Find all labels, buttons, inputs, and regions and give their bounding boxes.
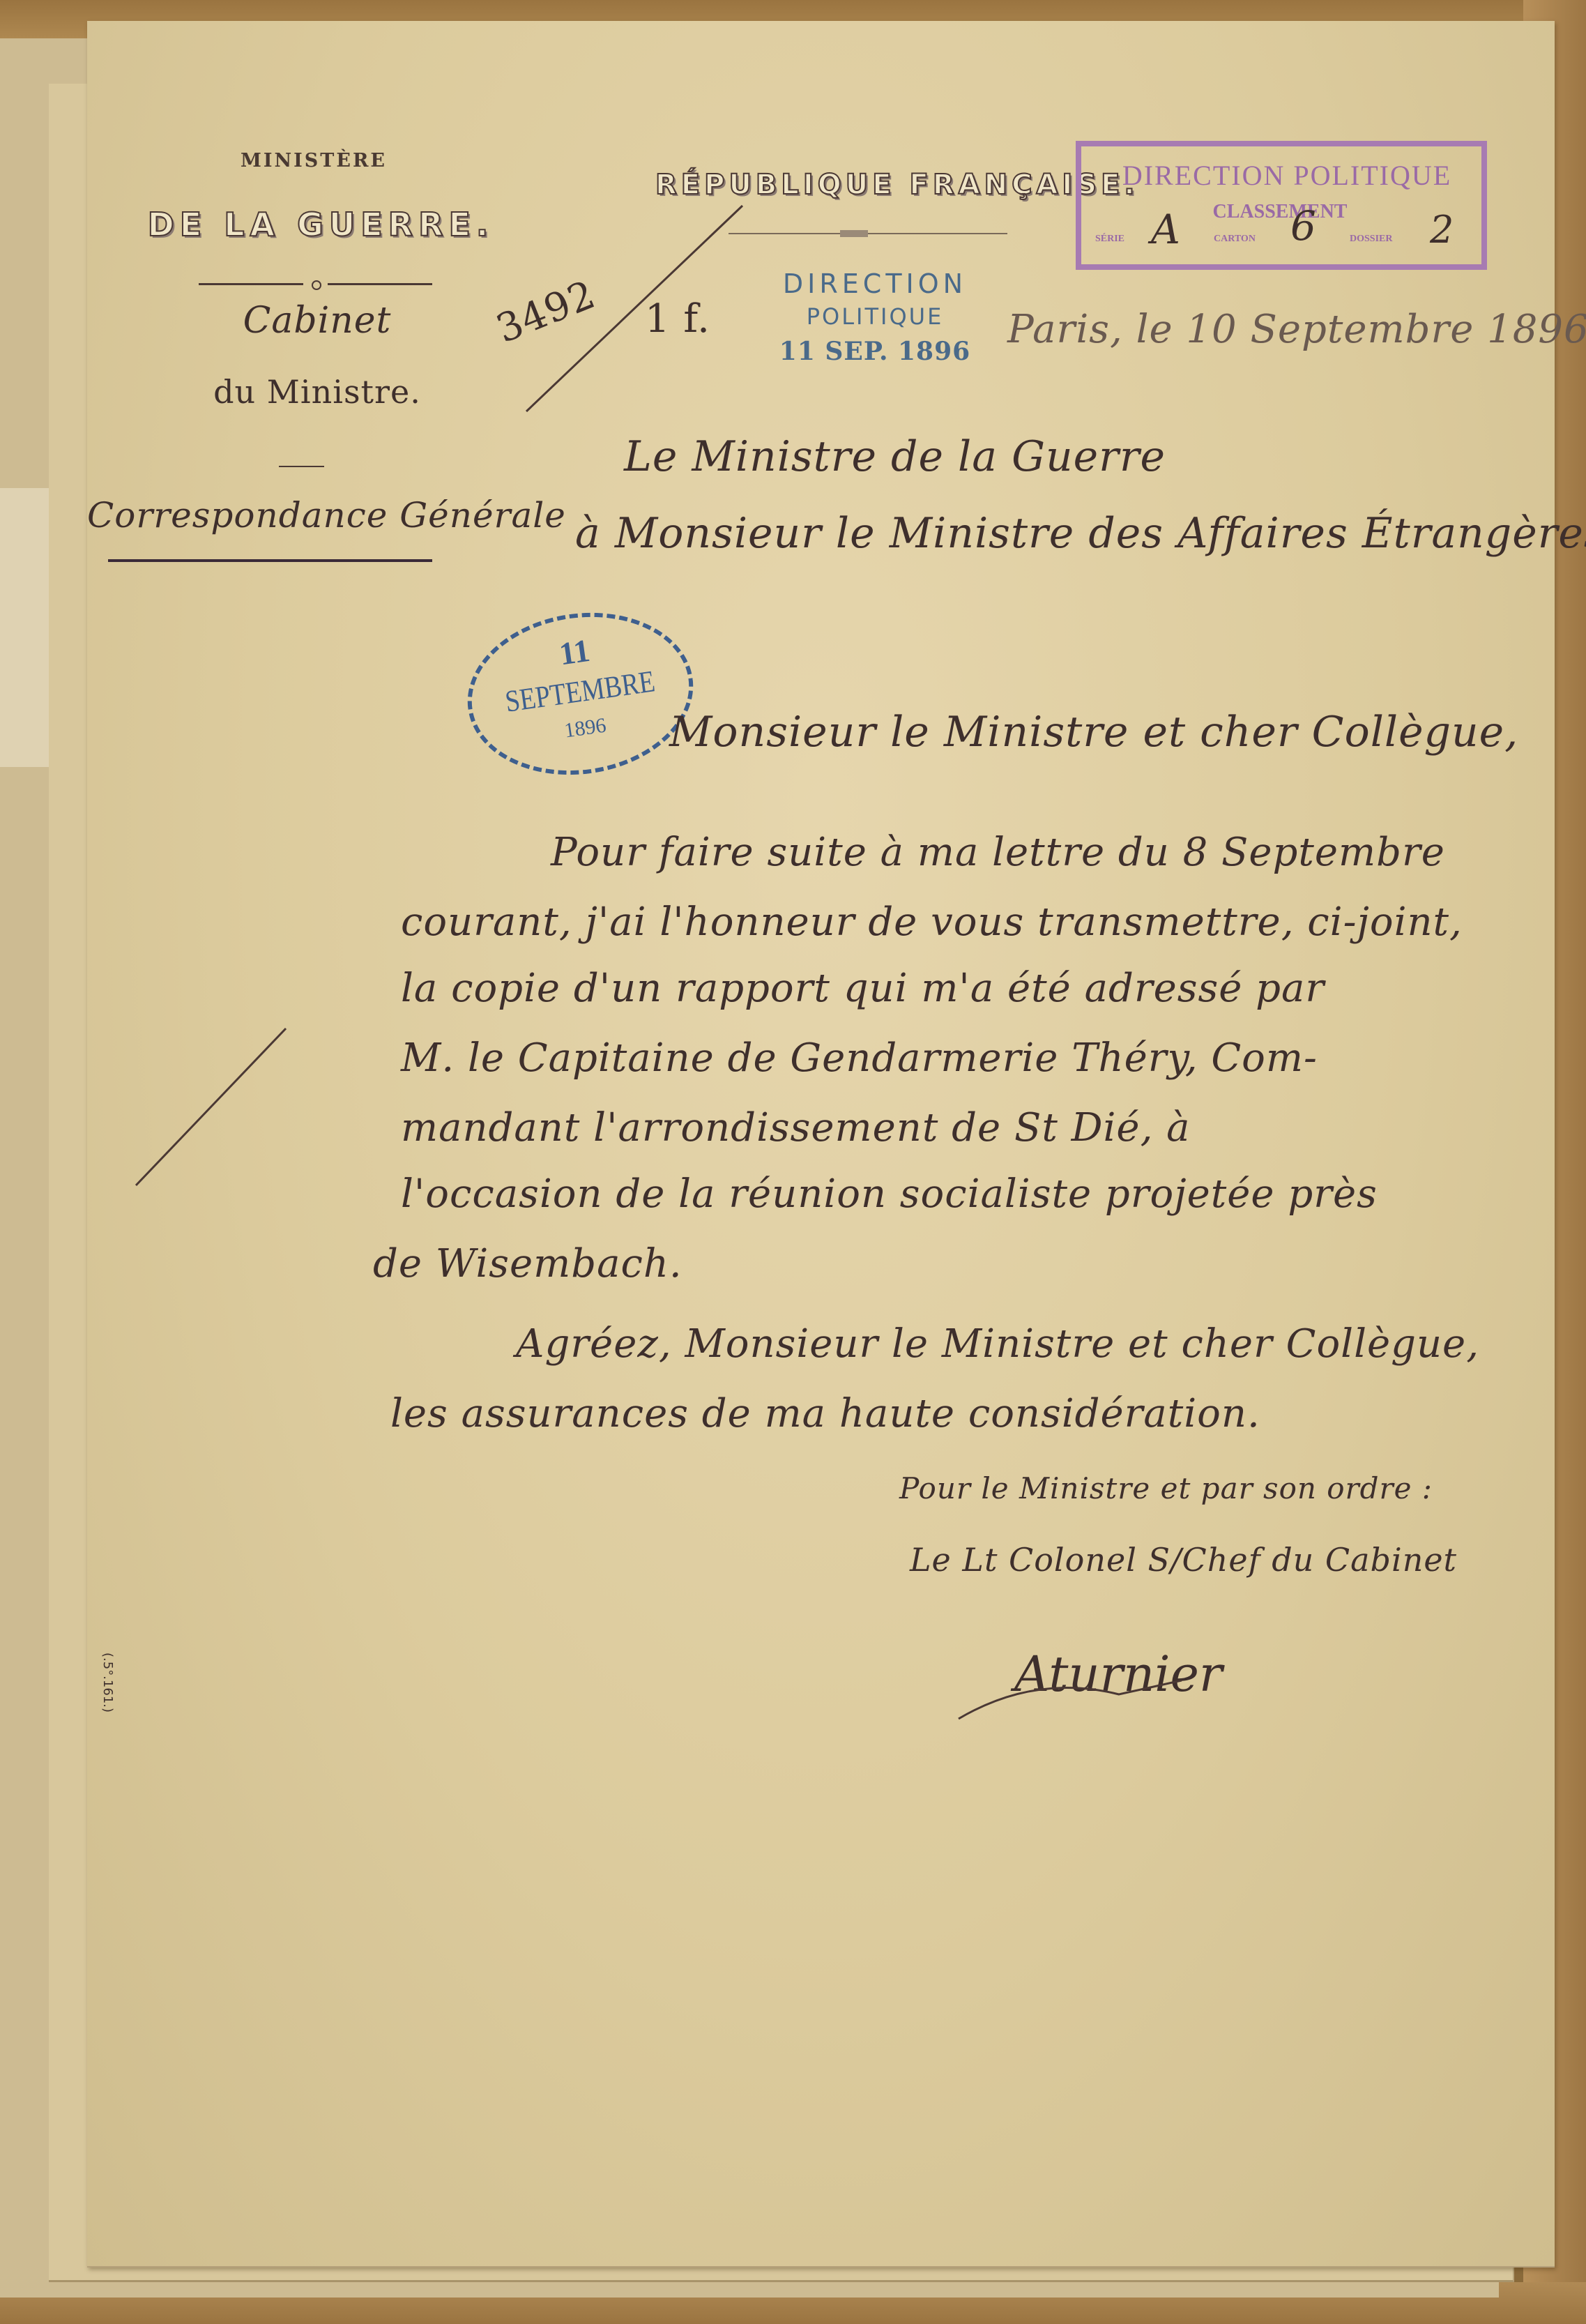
department-label: Correspondance Générale [87,495,519,536]
classification-stamp-subtitle: CLASSEMENT [1189,201,1371,223]
ministry-line-2: DE LA GUERRE. [132,206,509,243]
reception-date: 11 SEP. 1896 [753,337,997,366]
letter-sheet: MINISTÈRE DE LA GUERRE. Cabinet du Minis… [87,21,1555,2268]
closing-line: Agréez, Monsieur le Ministre et cher Col… [516,1321,1479,1367]
serie-label: SÉRIE [1095,234,1124,245]
ornamental-divider [199,279,436,289]
closing-line: les assurances de ma haute considération… [390,1391,1260,1436]
folio-note: 1 f. [645,296,710,342]
margin-slash-icon [129,1018,310,1199]
body-line: de Wisembach. [373,1241,683,1286]
body-line: M. le Capitaine de Gendarmerie Théry, Co… [401,1035,1318,1081]
ministry-line-1: MINISTÈRE [216,150,411,172]
reception-stamp: DIRECTION POLITIQUE 11 SEP. 1896 [753,268,997,366]
carton-value: 6 [1290,202,1317,250]
classification-stamp: DIRECTION POLITIQUE CLASSEMENT SÉRIE A C… [1076,141,1487,270]
signature-flourish-icon [952,1653,1244,1729]
body-line: la copie d'un rapport qui m'a été adress… [401,966,1325,1011]
body-line: courant, j'ai l'honneur de vous transmet… [401,899,1463,945]
dossier-label: DOSSIER [1350,234,1392,245]
body-line: Pour faire suite à ma lettre du 8 Septem… [551,830,1445,875]
short-divider [279,466,324,467]
carton-label: CARTON [1214,234,1256,245]
oval-date-stamp: 11 SEPTEMBRE 1896 [457,599,704,789]
office-line-2: du Ministre. [185,373,450,411]
paper-strip [0,488,49,767]
reception-line-2: POLITIQUE [753,303,997,330]
place-date: Paris, le 10 Septembre 1896. [1007,307,1586,352]
body-line: mandant l'arrondissement de St Dié, à [401,1105,1191,1150]
serie-value: A [1151,206,1181,253]
salutation: Monsieur le Ministre et cher Collègue, [669,708,1518,757]
body-line: l'occasion de la réunion socialiste proj… [401,1171,1378,1217]
recipient-line: à Monsieur le Ministre des Affaires Étra… [575,509,1586,558]
signature-block-line: Le Lt Colonel S/Chef du Cabinet [910,1541,1457,1579]
signature-block-line: Pour le Ministre et par son ordre : [899,1471,1433,1505]
dossier-value: 2 [1430,208,1454,252]
reception-line-1: DIRECTION [753,268,997,299]
office-line-1: Cabinet [185,300,450,342]
printer-mark: (.5°.161.) [100,1653,115,1712]
sender-line: Le Ministre de la Guerre [624,432,1166,481]
classification-stamp-title: DIRECTION POLITIQUE [1102,159,1472,192]
department-underline [108,559,432,562]
